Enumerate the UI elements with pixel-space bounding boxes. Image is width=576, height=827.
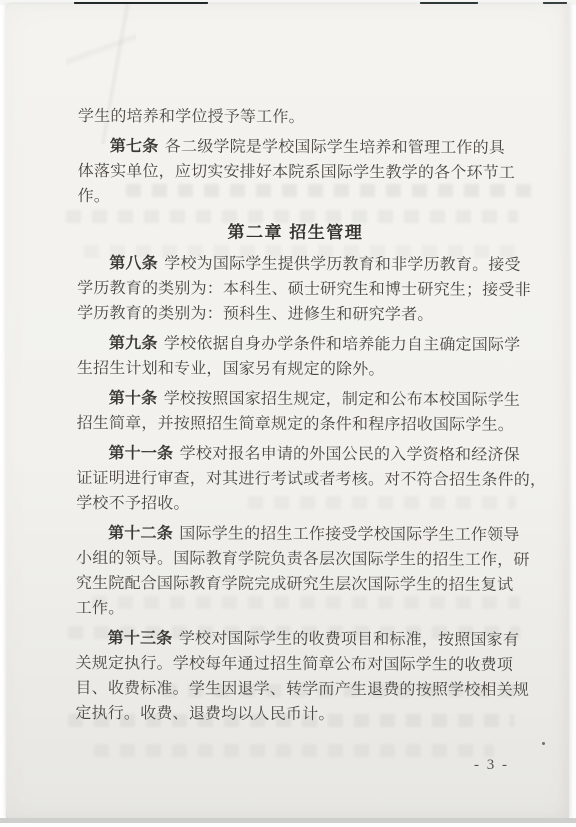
- line-text: 目、收费标准。学生因退学、转学而产生退费的按照学校相关规: [75, 680, 529, 699]
- line-text: 各二级学院是学校国际学生培养和管理工作的具: [165, 138, 505, 156]
- text-line: 目、收费标准。学生因退学、转学而产生退费的按照学校相关规: [75, 676, 511, 703]
- article-number: 第十三条: [108, 630, 173, 647]
- document-lines: 学生的培养和学位授予等工作。第七条各二级学院是学校国际学生培养和管理工作的具体落…: [75, 104, 514, 728]
- line-text: 小组的领导。国际教育学院负责各层次国际学生的招生工作，研: [76, 550, 530, 569]
- text-line: 证证明进行审查，对其进行考试或者考核。对不符合招生条件的，: [76, 466, 512, 493]
- line-text: 学历教育的类别为：本科生、硕士研究生和博士研究生；接受非: [77, 280, 531, 299]
- line-text: 学校为国际学生提供学历教育和非学历教育。接受: [164, 255, 520, 274]
- text-line: 作。: [78, 184, 514, 211]
- ink-speck: [542, 742, 545, 745]
- text-line: 第七条各二级学院是学校国际学生培养和管理工作的具: [78, 134, 514, 161]
- scanner-bottom-edge: [0, 823, 576, 827]
- text-line: 学历教育的类别为：本科生、硕士研究生和博士研究生；接受非: [77, 276, 513, 303]
- scanned-document-screenshot: { "colors": { "paper": "#f2f1ed", "ink":…: [0, 0, 576, 827]
- text-line: 体落实单位，应切实安排好本院系国际学生教学的各个环节工: [78, 159, 514, 186]
- text-line: 究生院配合国际教育学院完成研究生层次国际学生的招生复试: [76, 571, 512, 598]
- chapter-heading: 第二章 招生管理: [77, 219, 513, 246]
- text-line: 第十三条学校对国际学生的收费项目和标准，按照国家有: [76, 626, 512, 653]
- text-line: 第九条学校依据自身办学条件和培养能力自主确定国际学: [77, 331, 513, 358]
- text-line: 第八条学校为国际学生提供学历教育和非学历教育。接受: [77, 251, 513, 278]
- line-text: 生招生计划和专业，国家另有规定的除外。: [77, 360, 385, 378]
- text-line: 生招生计划和专业，国家另有规定的除外。: [77, 356, 513, 383]
- text-line: 学校不予招收。: [76, 491, 512, 518]
- article-number: 第十二条: [108, 525, 173, 542]
- text-line: 工作。: [76, 596, 512, 623]
- line-text: 国际学生的招生工作接受学校国际学生工作领导: [179, 525, 519, 543]
- line-text: 作。: [78, 188, 110, 205]
- text-line: 定执行。收费、退费均以人民币计。: [75, 701, 511, 728]
- line-text: 学校不予招收。: [76, 495, 189, 512]
- line-text: 学校对报名申请的外国公民的入学资格和经济保: [180, 445, 520, 463]
- line-text: 学校对国际学生的收费项目和标准，按照国家有: [179, 630, 519, 648]
- line-text: 工作。: [76, 600, 125, 617]
- page-number: - 3 -: [474, 757, 509, 774]
- text-line: 第十一条学校对报名申请的外国公民的入学资格和经济保: [76, 441, 512, 468]
- line-text: 第二章 招生管理: [228, 223, 364, 243]
- line-text: 证证明进行审查，对其进行考试或者考核。对不符合招生条件的，: [76, 470, 546, 489]
- article-number: 第九条: [109, 335, 158, 352]
- text-line: 关规定执行。学校每年通过招生简章公布对国际学生的收费项: [76, 651, 512, 678]
- text-line: 第十二条国际学生的招生工作接受学校国际学生工作领导: [76, 521, 512, 548]
- line-text: 关规定执行。学校每年通过招生简章公布对国际学生的收费项: [76, 655, 513, 674]
- article-number: 第八条: [109, 255, 158, 272]
- article-number: 第十条: [109, 390, 158, 407]
- paper-crease: [66, 4, 136, 94]
- text-line: 招生简章，并按照招生简章规定的条件和程序招收国际学生。: [77, 411, 513, 438]
- text-line: 学历教育的类别为：预科生、进修生和研究学者。: [77, 301, 513, 328]
- line-text: 究生院配合国际教育学院完成研究生层次国际学生的招生复试: [76, 575, 513, 594]
- line-text: 学历教育的类别为：预科生、进修生和研究学者。: [77, 305, 433, 324]
- line-text: 招生简章，并按照招生简章规定的条件和程序招收国际学生。: [77, 415, 514, 434]
- article-number: 第十一条: [108, 445, 173, 462]
- line-text: 定执行。收费、退费均以人民币计。: [75, 705, 334, 723]
- text-line: 小组的领导。国际教育学院负责各层次国际学生的招生工作，研: [76, 546, 512, 573]
- document-page: 学生的培养和学位授予等工作。第七条各二级学院是学校国际学生培养和管理工作的具体落…: [6, 4, 569, 818]
- line-text: 学校按照国家招生规定，制定和公布本校国际学生: [164, 390, 520, 409]
- line-text: 学生的培养和学位授予等工作。: [78, 108, 305, 126]
- text-line: 第十条学校按照国家招生规定，制定和公布本校国际学生: [77, 386, 513, 413]
- text-line: 学生的培养和学位授予等工作。: [78, 104, 514, 131]
- bleed-through-smudge: [94, 744, 494, 757]
- article-number: 第七条: [110, 138, 159, 155]
- line-text: 学校依据自身办学条件和培养能力自主确定国际学: [164, 335, 520, 354]
- line-text: 体落实单位，应切实安排好本院系国际学生教学的各个环节工: [78, 163, 515, 182]
